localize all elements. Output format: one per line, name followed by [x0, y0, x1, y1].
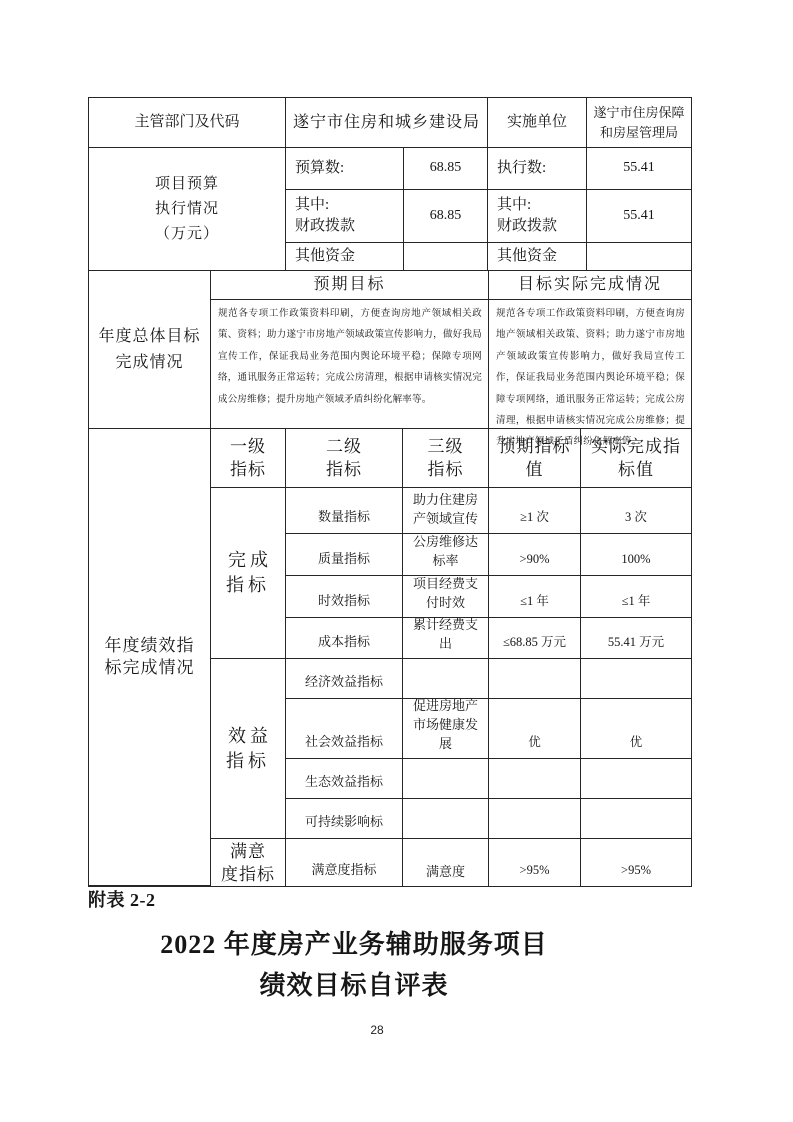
budget-label-left: 预算数: [286, 148, 404, 190]
indicator-section: 年度绩效指 标完成情况 一级 指标 二级 指标 三级 指标 预期指标 值 实际完… [89, 429, 691, 886]
page-number: 28 [0, 1023, 754, 1037]
impl-unit-value: 遂宁市住房保障 和房屋管理局 [587, 98, 691, 148]
indicator-level3-cell: 累计经费支出 [403, 618, 489, 659]
indicator-expected-cell: ≤1 年 [489, 576, 581, 618]
actual-value-header: 实际完成指 标值 [581, 429, 691, 488]
group-benefit-indicator: 效益 指标 [211, 659, 286, 839]
indicator-level3-cell: 助力住建房产领域宣传 [403, 488, 489, 534]
expected-value-header: 预期指标 值 [489, 429, 581, 488]
annual-goal-row-header: 年度总体目标 完成情况 [89, 271, 211, 429]
indicator-actual-cell: 优 [581, 699, 691, 759]
indicator-expected-cell: 优 [489, 699, 581, 759]
indicator-expected-cell [489, 759, 581, 799]
impl-unit-label: 实施单位 [488, 98, 587, 148]
indicator-expected-cell: >95% [489, 839, 581, 886]
indicator-level3-cell [403, 759, 489, 799]
budget-value-left: 68.85 [404, 190, 488, 243]
indicator-actual-cell: 3 次 [581, 488, 691, 534]
indicator-row-header: 年度绩效指 标完成情况 [89, 429, 211, 886]
budget-value-left [404, 243, 488, 271]
actual-goal-header: 目标实际完成情况 [489, 271, 691, 300]
indicator-actual-cell: 55.41 万元 [581, 618, 691, 659]
budget-section: 主管部门及代码 遂宁市住房和城乡建设局 实施单位 遂宁市住房保障 和房屋管理局 … [89, 98, 691, 271]
indicator-actual-cell [581, 759, 691, 799]
indicator-level3-cell [403, 659, 489, 699]
indicator-actual-cell: 100% [581, 534, 691, 576]
level3-header: 三级 指标 [403, 429, 489, 488]
budget-label-right: 执行数: [488, 148, 587, 190]
indicator-level2-cell: 时效指标 [286, 576, 403, 618]
indicator-level2-cell: 生态效益指标 [286, 759, 403, 799]
indicator-actual-cell: >95% [581, 839, 691, 886]
expected-goal-text: 规范各专项工作政策资料印刷，方便查询房地产领域相关政策、资料；助力遂宁市房地产领… [211, 300, 489, 429]
indicator-level2-cell: 满意度指标 [286, 839, 403, 886]
level2-header: 二级 指标 [286, 429, 403, 488]
annual-goal-section: 年度总体目标 完成情况 预期目标 目标实际完成情况 规范各专项工作政策资料印刷，… [89, 271, 691, 429]
group-complete-indicator: 完成 指标 [211, 488, 286, 659]
budget-value-right: 55.41 [587, 148, 691, 190]
actual-goal-text: 规范各专项工作政策资料印刷，方便查询房地产领域相关政策、资料；助力遂宁市房地产领… [489, 300, 691, 429]
indicator-level3-cell: 项目经费支付时效 [403, 576, 489, 618]
budget-label-right: 其他资金 [488, 243, 587, 271]
indicator-level2-cell: 数量指标 [286, 488, 403, 534]
expected-goal-header: 预期目标 [211, 271, 489, 300]
indicator-actual-cell [581, 659, 691, 699]
budget-value-right [587, 243, 691, 271]
group-satisfaction-indicator: 满意 度指标 [211, 839, 286, 886]
document-title: 2022 年度房产业务辅助服务项目 绩效目标自评表 [0, 924, 708, 1006]
indicator-actual-cell [581, 799, 691, 839]
indicator-expected-cell: >90% [489, 534, 581, 576]
budget-label-right: 其中: 财政拨款 [488, 190, 587, 243]
indicator-level2-cell: 质量指标 [286, 534, 403, 576]
indicator-level2-cell: 社会效益指标 [286, 699, 403, 759]
indicator-level2-cell: 经济效益指标 [286, 659, 403, 699]
indicator-level3-cell [403, 799, 489, 839]
indicator-expected-cell [489, 799, 581, 839]
indicator-level3-cell: 满意度 [403, 839, 489, 886]
level1-header: 一级 指标 [211, 429, 286, 488]
indicator-level2-cell: 可持续影响标 [286, 799, 403, 839]
indicator-actual-cell: ≤1 年 [581, 576, 691, 618]
indicator-level3-cell: 促进房地产市场健康发展 [403, 699, 489, 759]
document-page: 主管部门及代码 遂宁市住房和城乡建设局 实施单位 遂宁市住房保障 和房屋管理局 … [0, 0, 793, 1122]
budget-label-left: 其他资金 [286, 243, 404, 271]
indicator-expected-cell: ≤68.85 万元 [489, 618, 581, 659]
dept-code-label: 主管部门及代码 [89, 98, 286, 148]
self-evaluation-table: 主管部门及代码 遂宁市住房和城乡建设局 实施单位 遂宁市住房保障 和房屋管理局 … [88, 97, 692, 887]
budget-label-left: 其中: 财政拨款 [286, 190, 404, 243]
appendix-label: 附表 2-2 [88, 886, 156, 912]
indicator-expected-cell [489, 659, 581, 699]
indicator-expected-cell: ≥1 次 [489, 488, 581, 534]
indicator-level2-cell: 成本指标 [286, 618, 403, 659]
budget-value-left: 68.85 [404, 148, 488, 190]
title-line-2: 绩效目标自评表 [0, 965, 708, 1006]
budget-value-right: 55.41 [587, 190, 691, 243]
dept-code-value: 遂宁市住房和城乡建设局 [286, 98, 488, 148]
budget-row-header: 项目预算 执行情况 （万元） [89, 148, 286, 271]
title-line-1: 2022 年度房产业务辅助服务项目 [0, 924, 708, 965]
indicator-level3-cell: 公房维修达标率 [403, 534, 489, 576]
